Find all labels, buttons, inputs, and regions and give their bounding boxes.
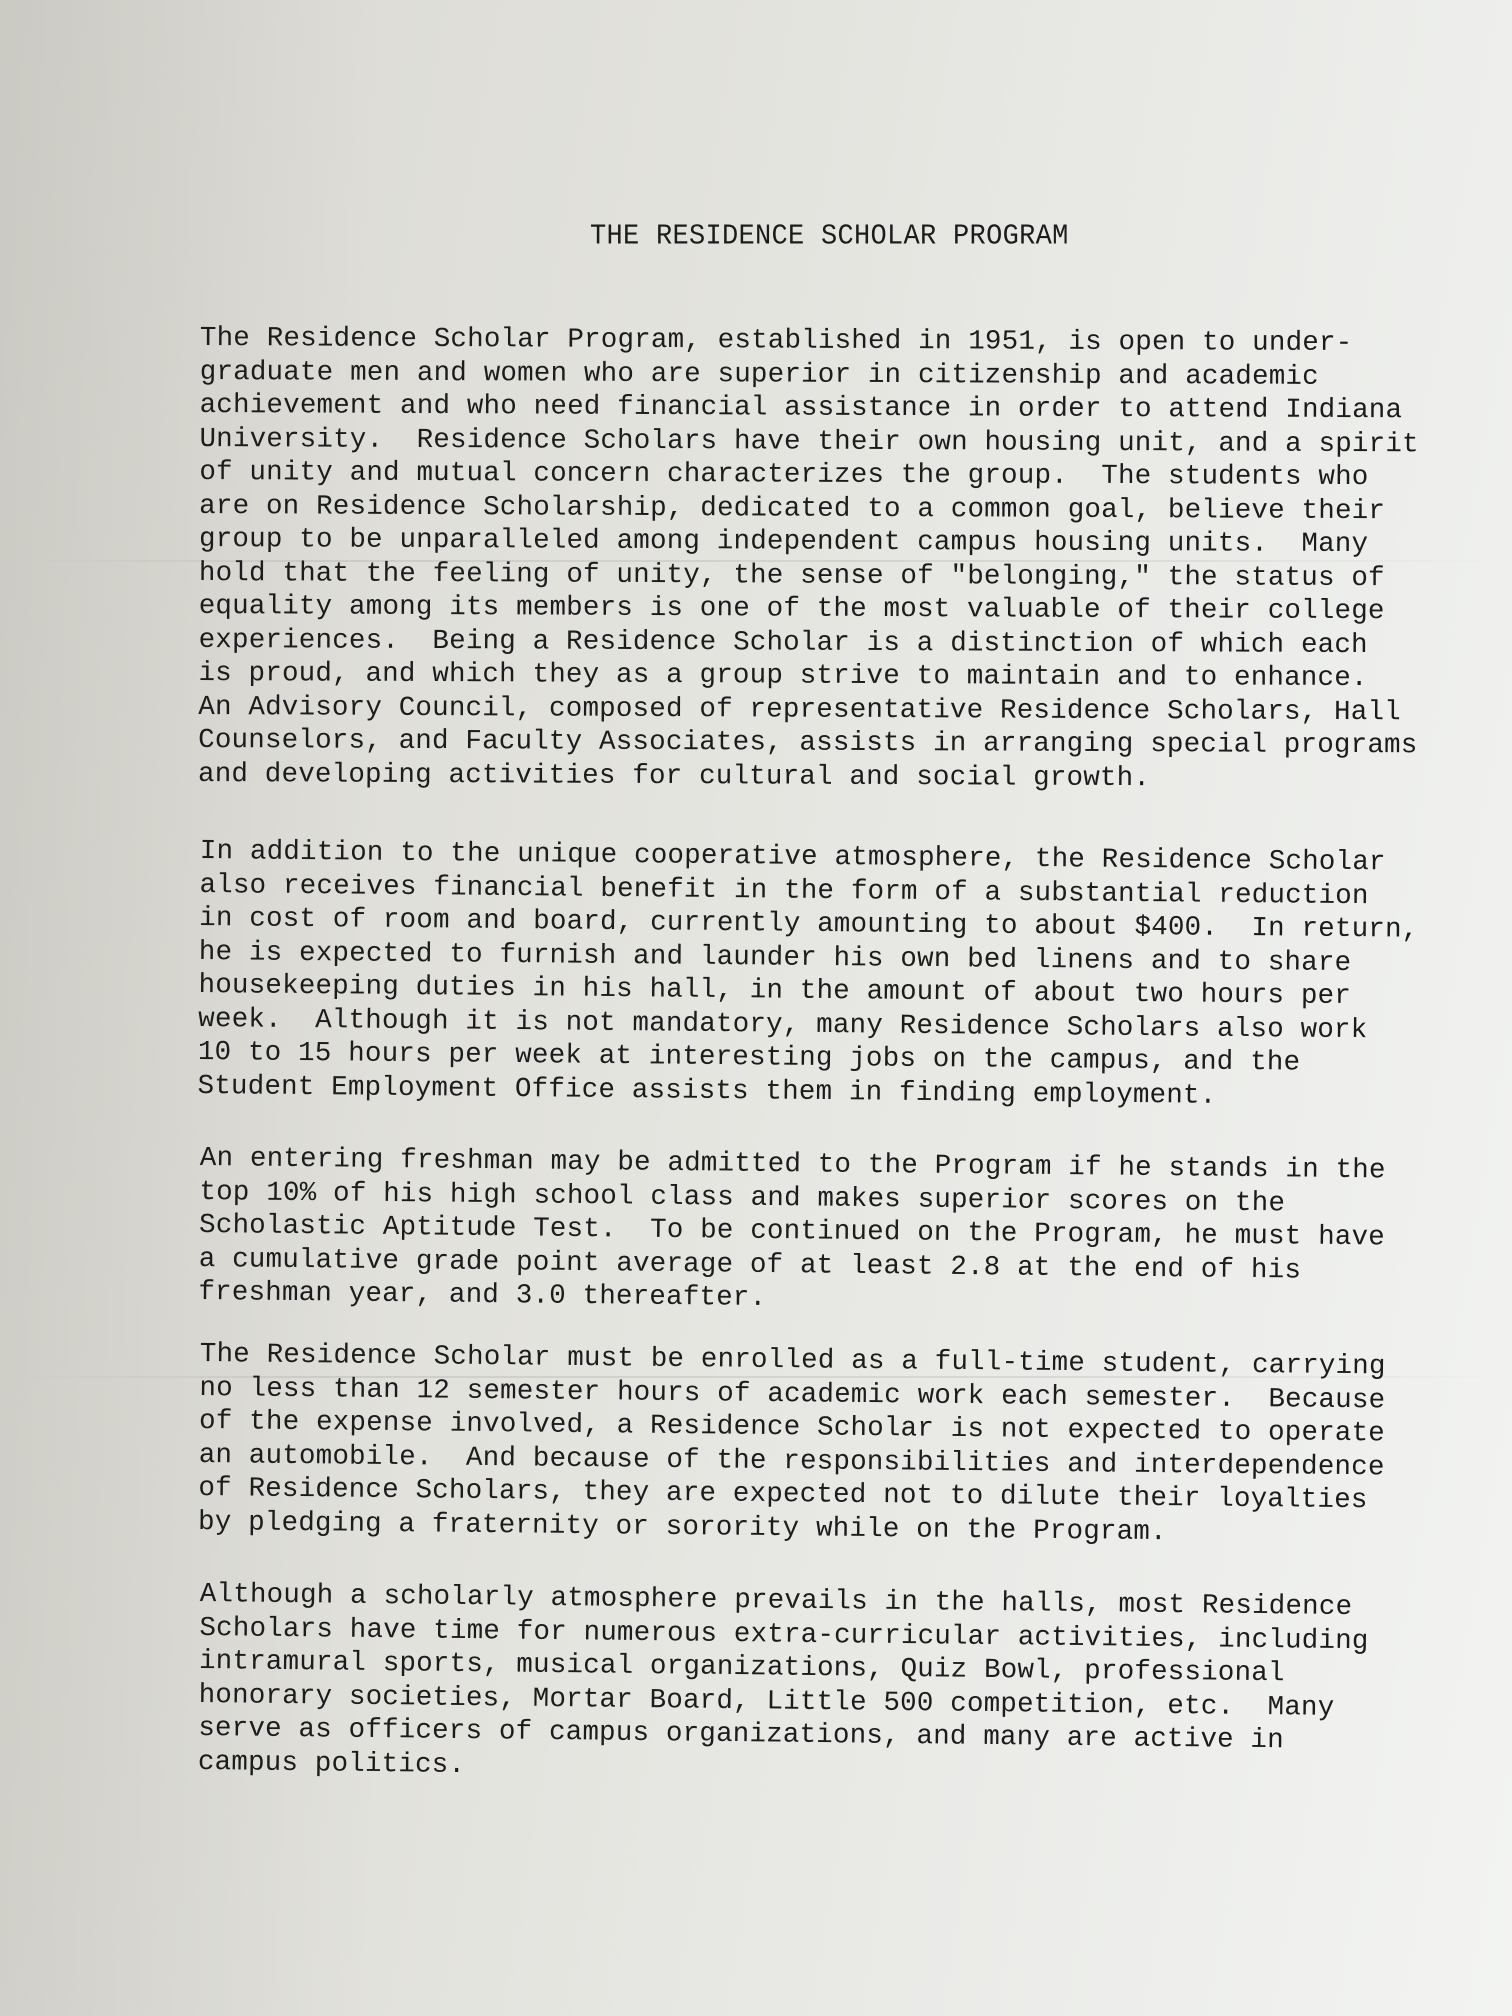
document-title: THE RESIDENCE SCHOLAR PROGRAM <box>590 221 1069 253</box>
text-line: is proud, and which they as a group stri… <box>198 657 1488 696</box>
text-line: of unity and mutual concern characterize… <box>199 456 1489 495</box>
text-line: experiences. Being a Residence Scholar i… <box>199 623 1489 662</box>
text-line: and developing activities for cultural a… <box>198 757 1488 796</box>
text-line: equality among its members is one of the… <box>199 590 1489 629</box>
paragraph-enrollment-rules: The Residence Scholar must be enrolled a… <box>198 1338 1490 1552</box>
text-line: are on Residence Scholarship, dedicated … <box>199 489 1489 528</box>
typewritten-page: THE RESIDENCE SCHOLAR PROGRAM The Reside… <box>0 0 1512 2016</box>
text-line: An Advisory Council, composed of represe… <box>198 690 1488 729</box>
text-line: graduate men and women who are superior … <box>200 355 1490 394</box>
text-line: Counselors, and Faculty Associates, assi… <box>198 724 1488 763</box>
text-line: The Residence Scholar Program, establish… <box>200 322 1490 361</box>
text-line: hold that the feeling of unity, the sens… <box>199 556 1489 595</box>
text-line: achievement and who need financial assis… <box>200 389 1490 428</box>
paragraph-program-overview: The Residence Scholar Program, establish… <box>198 322 1490 797</box>
text-line: group to be unparalleled among independe… <box>199 523 1489 562</box>
paragraph-financial-benefit: In addition to the unique cooperative at… <box>197 835 1490 1115</box>
paragraph-admission-requirements: An entering freshman may be admitted to … <box>198 1142 1490 1323</box>
text-line: University. Residence Scholars have thei… <box>199 422 1489 461</box>
paragraph-extracurricular-activities: Although a scholarly atmosphere prevails… <box>198 1578 1490 1794</box>
